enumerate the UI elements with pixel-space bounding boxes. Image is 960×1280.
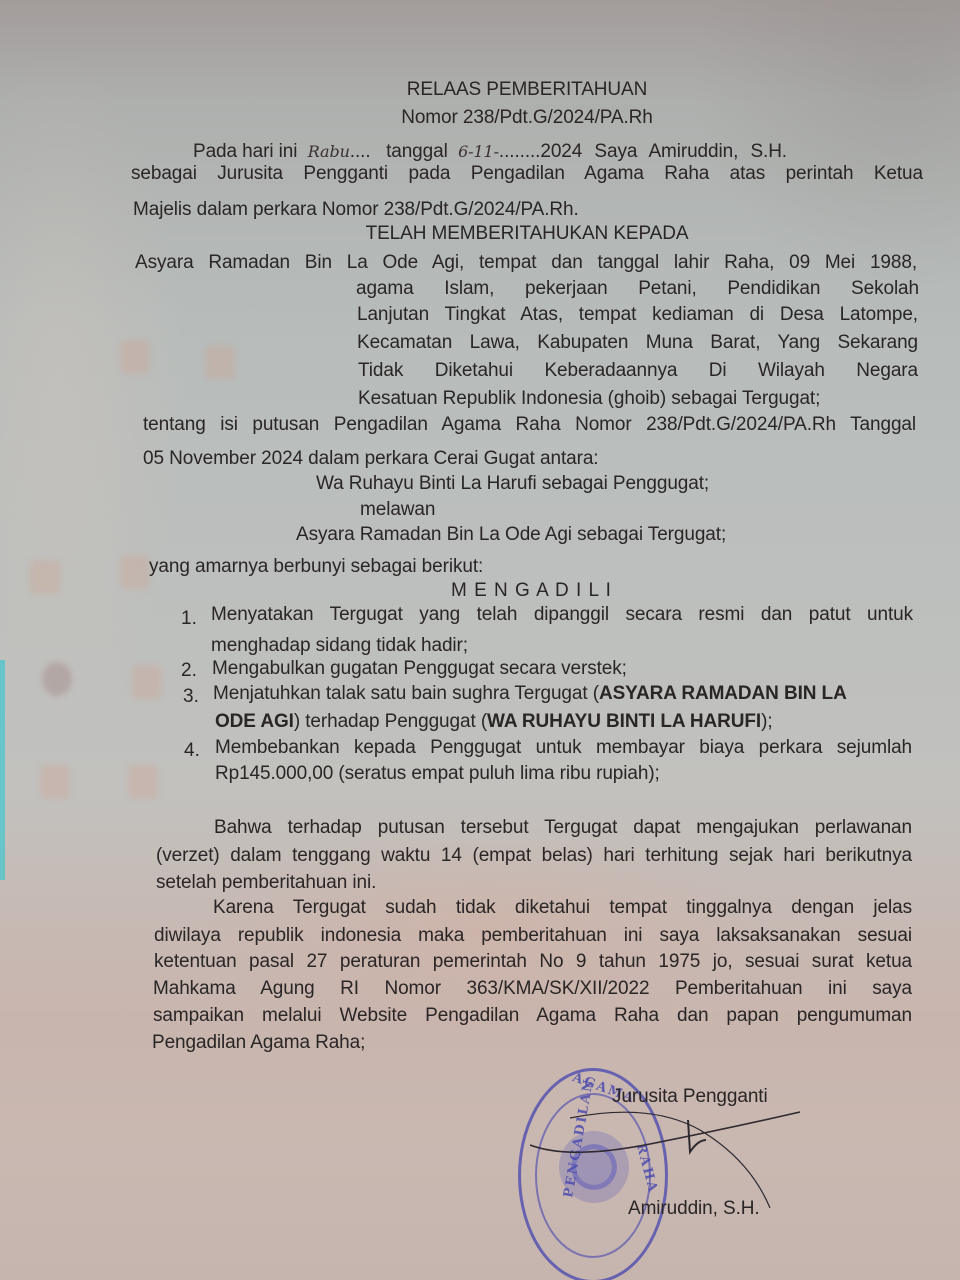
signer-name: Amiruddin, S.H. — [628, 1198, 760, 1220]
recipient-line-3: Lanjutan Tingkat Atas, tempat kediaman d… — [357, 304, 918, 326]
document-number: Nomor 238/Pdt.G/2024/PA.Rh — [0, 107, 960, 129]
objection-line-2: (verzet) dalam tenggang waktu 14 (empat … — [156, 845, 912, 867]
publication-line-2: diwilaya republik indonesia maka pemberi… — [154, 925, 912, 947]
opening-line-2: sebagai Jurusita Pengganti pada Pengadil… — [131, 163, 923, 185]
handwritten-date: 6-11- — [458, 142, 499, 161]
court-notice-document: RELAAS PEMBERITAHUAN Nomor 238/Pdt.G/202… — [0, 0, 960, 1280]
verdict-item-number: 3. — [183, 686, 199, 708]
defendant-name-bold: ASYARA RAMADAN BIN LA — [599, 683, 847, 704]
recipient-line-1: Asyara Ramadan Bin La Ode Agi, tempat da… — [135, 252, 917, 274]
recipient-line-4: Kecamatan Lawa, Kabupaten Muna Barat, Ya… — [357, 332, 918, 354]
verdict-item-1-line-2: menghadap sidang tidak hadir; — [211, 635, 468, 657]
signer-role: Jurusita Pengganti — [612, 1086, 768, 1108]
opening-line-3: Majelis dalam perkara Nomor 238/Pdt.G/20… — [133, 199, 579, 221]
publication-line-6: Pengadilan Agama Raha; — [152, 1032, 365, 1054]
recipient-line-6: Kesatuan Republik Indonesia (ghoib) seba… — [358, 388, 820, 410]
document-title: RELAAS PEMBERITAHUAN — [0, 79, 960, 101]
verdict-heading: M E N G A D I L I — [451, 580, 612, 602]
opening-line: Pada hari ini Rabu.... tanggal 6-11-....… — [193, 141, 923, 163]
handwritten-day: Rabu — [308, 142, 350, 161]
verdict-item-number: 1. — [181, 608, 197, 630]
verdict-item-number: 4. — [184, 740, 200, 762]
opening-prefix: Pada hari ini — [193, 141, 297, 162]
plaintiff-line: Wa Ruhayu Binti La Harufi sebagai Penggu… — [316, 473, 709, 495]
notified-heading: TELAH MEMBERITAHUKAN KEPADA — [0, 223, 960, 245]
verdict-item-3-line-1: Menjatuhkan talak satu bain sughra Tergu… — [213, 683, 847, 705]
about-line-2: 05 November 2024 dalam perkara Cerai Gug… — [143, 448, 598, 470]
defendant-line: Asyara Ramadan Bin La Ode Agi sebagai Te… — [296, 524, 726, 546]
dotted-fill: ........ — [499, 141, 540, 162]
publication-line-4: Mahkama Agung RI Nomor 363/KMA/SK/XII/20… — [153, 978, 912, 1000]
verdict-text: Menjatuhkan talak satu bain sughra Tergu… — [213, 683, 599, 704]
verdict-text: ); — [761, 711, 772, 732]
plaintiff-name-bold: WA RUHAYU BINTI LA HARUFI — [487, 711, 761, 732]
verdict-item-4-line-1: Membebankan kepada Penggugat untuk memba… — [215, 737, 912, 759]
recipient-line-5: Tidak Diketahui Keberadaannya Di Wilayah… — [358, 360, 918, 382]
versus-line: melawan — [360, 499, 435, 521]
verdict-item-3-line-2: ODE AGI) terhadap Penggugat (WA RUHAYU B… — [215, 711, 773, 733]
objection-line-1: Bahwa terhadap putusan tersebut Tergugat… — [214, 817, 912, 839]
defendant-name-bold: ODE AGI — [215, 711, 294, 732]
recipient-line-2: agama Islam, pekerjaan Petani, Pendidika… — [356, 278, 919, 300]
about-line-1: tentang isi putusan Pengadilan Agama Rah… — [143, 414, 916, 436]
objection-line-3: setelah pemberitahuan ini. — [156, 872, 376, 894]
opening-rest: 2024 Saya Amiruddin, S.H. — [540, 141, 787, 162]
publication-line-5: sampaikan melalui Website Pengadilan Aga… — [153, 1005, 912, 1027]
verdict-intro: yang amarnya berbunyi sebagai berikut: — [149, 556, 483, 578]
verdict-item-number: 2. — [181, 660, 197, 682]
publication-line-1: Karena Tergugat sudah tidak diketahui te… — [213, 897, 912, 919]
verdict-item-2-line-1: Mengabulkan gugatan Penggugat secara ver… — [212, 658, 627, 680]
publication-line-3: ketentuan pasal 27 peraturan pemerintah … — [154, 951, 912, 973]
verdict-item-1-line-1: Menyatakan Tergugat yang telah dipanggil… — [211, 604, 913, 626]
date-label: tanggal — [386, 141, 448, 162]
dotted-fill: .... — [350, 141, 371, 162]
verdict-text: ) terhadap Penggugat ( — [294, 711, 487, 732]
verdict-item-4-line-2: Rp145.000,00 (seratus empat puluh lima r… — [215, 763, 660, 785]
